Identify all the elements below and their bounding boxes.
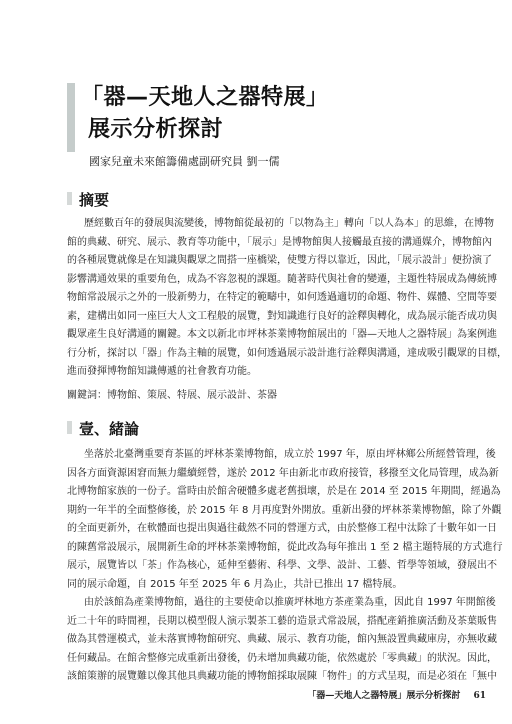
text-line: 歷經數百年的發展與流變後，博物館從最初的「以物為主」轉向「以人為本」的思維，在博…	[67, 215, 457, 234]
text-line: 由於該館為產業博物館，過往的主要使命以推廣坪林地方茶產業為重，因此自 1997 …	[67, 594, 457, 613]
running-title: 「器—天地人之器特展」展示分析探討	[307, 691, 460, 701]
text-line: 該館策辦的展覽難以像其他具典藏功能的博物館採取展陳「物件」的方式呈現，而是必須在…	[67, 668, 457, 687]
text-line: 同的展示命題，自 2015 年至 2025 年 6 月為止，共計已推出 17 檔…	[67, 576, 457, 595]
text-line: 因各方面資源困窘而無力繼續經營，遂於 2012 年由新北市政府接管，移撥至文化局…	[67, 465, 457, 484]
abstract-heading-label: 摘要	[79, 189, 109, 210]
text-line: 坐落於北臺灣重要育茶區的坪林茶業博物館，成立於 1997 年，原由坪林鄉公所經營…	[67, 446, 457, 465]
section-accent-bar	[67, 421, 72, 434]
page-footer: 「器—天地人之器特展」展示分析探討 61	[307, 688, 486, 701]
text-line: 做為其營運模式，並未落實博物館研究、典藏、展示、教育功能，館內無設置典藏庫房，亦…	[67, 631, 457, 650]
keywords: 關鍵詞：博物館、策展、特展、展示設計、茶器	[67, 386, 277, 401]
text-line: 的各種展覽就像是在知識與觀眾之間搭一座橋梁，使雙方得以靠近，因此，「展示設計」便…	[67, 252, 457, 271]
page-number: 61	[473, 691, 486, 701]
article-title-line-2: 展示分析探討	[88, 117, 223, 143]
section-accent-bar	[67, 192, 72, 205]
text-line: 任何藏品。在館舍整修完成重新出發後，仍未增加典藏功能，依然處於「零典藏」的狀況。…	[67, 650, 457, 669]
article-title-line-1: 「器—天地人之器特展」	[81, 85, 329, 111]
abstract-paragraph: 歷經數百年的發展與流變後，博物館從最初的「以物為主」轉向「以人為本」的思維，在博…	[67, 215, 457, 382]
section-1-heading-label: 壹、緒論	[79, 418, 139, 439]
text-line: 近二十年的時間裡，長期以模型假人演示製茶工藝的造景式常設展，搭配產銷推廣活動及茶…	[67, 613, 457, 632]
text-line: 影響溝通效果的重要角色，成為不容忽視的課題。隨著時代與社會的變遷，主題性特展成為…	[67, 271, 457, 290]
text-line: 展示，展覽皆以「茶」作為核心，延伸至藝術、科學、文學、設計、工藝、哲學等領域，發…	[67, 557, 457, 576]
text-line: 館的典藏、研究、展示、教育等功能中，「展示」是博物館與人接觸最直接的溝通媒介，博…	[67, 234, 457, 253]
text-line: 進而發揮博物館知識傳遞的社會教育功能。	[67, 363, 457, 382]
text-line: 素，建構出如同一座巨大人文工程般的展覽，對知識進行良好的詮釋與轉化，成為展示能否…	[67, 308, 457, 327]
section-1-paragraph-1: 坐落於北臺灣重要育茶區的坪林茶業博物館，成立於 1997 年，原由坪林鄉公所經營…	[67, 446, 457, 594]
text-line: 行分析，探討以「器」作為主軸的展覽，如何透過展示設計進行詮釋與溝通，達成吸引觀眾…	[67, 345, 457, 364]
text-line: 物館常設展示之外的一股新勢力，在特定的範疇中，如何透過適切的命題、物件、媒體、空…	[67, 289, 457, 308]
title-accent-bar	[67, 83, 75, 152]
text-line: 的全面更新外，在軟體面也提出與過往截然不同的營運方式，由於整修工程中汰除了十數年…	[67, 520, 457, 539]
text-line: 期約一年半的全面整修後，於 2015 年 8 月再度對外開放。重新出發的坪林茶業…	[67, 502, 457, 521]
author-line: 國家兒童未來館籌備處副研究員 劉一儒	[89, 153, 280, 169]
text-line: 觀眾產生良好溝通的關鍵。本文以新北市坪林茶業博物館展出的「器—天地人之器特展」為…	[67, 326, 457, 345]
text-line: 北博物館家族的一份子。當時由於館舍硬體多處老舊損壞，於是在 2014 至 201…	[67, 483, 457, 502]
text-line: 的陳舊常設展示，展開新生命的坪林茶業博物館，從此改為每年推出 1 至 2 檔主題…	[67, 539, 457, 558]
section-1-paragraph-2: 由於該館為產業博物館，過往的主要使命以推廣坪林地方茶產業為重，因此自 1997 …	[67, 594, 457, 687]
